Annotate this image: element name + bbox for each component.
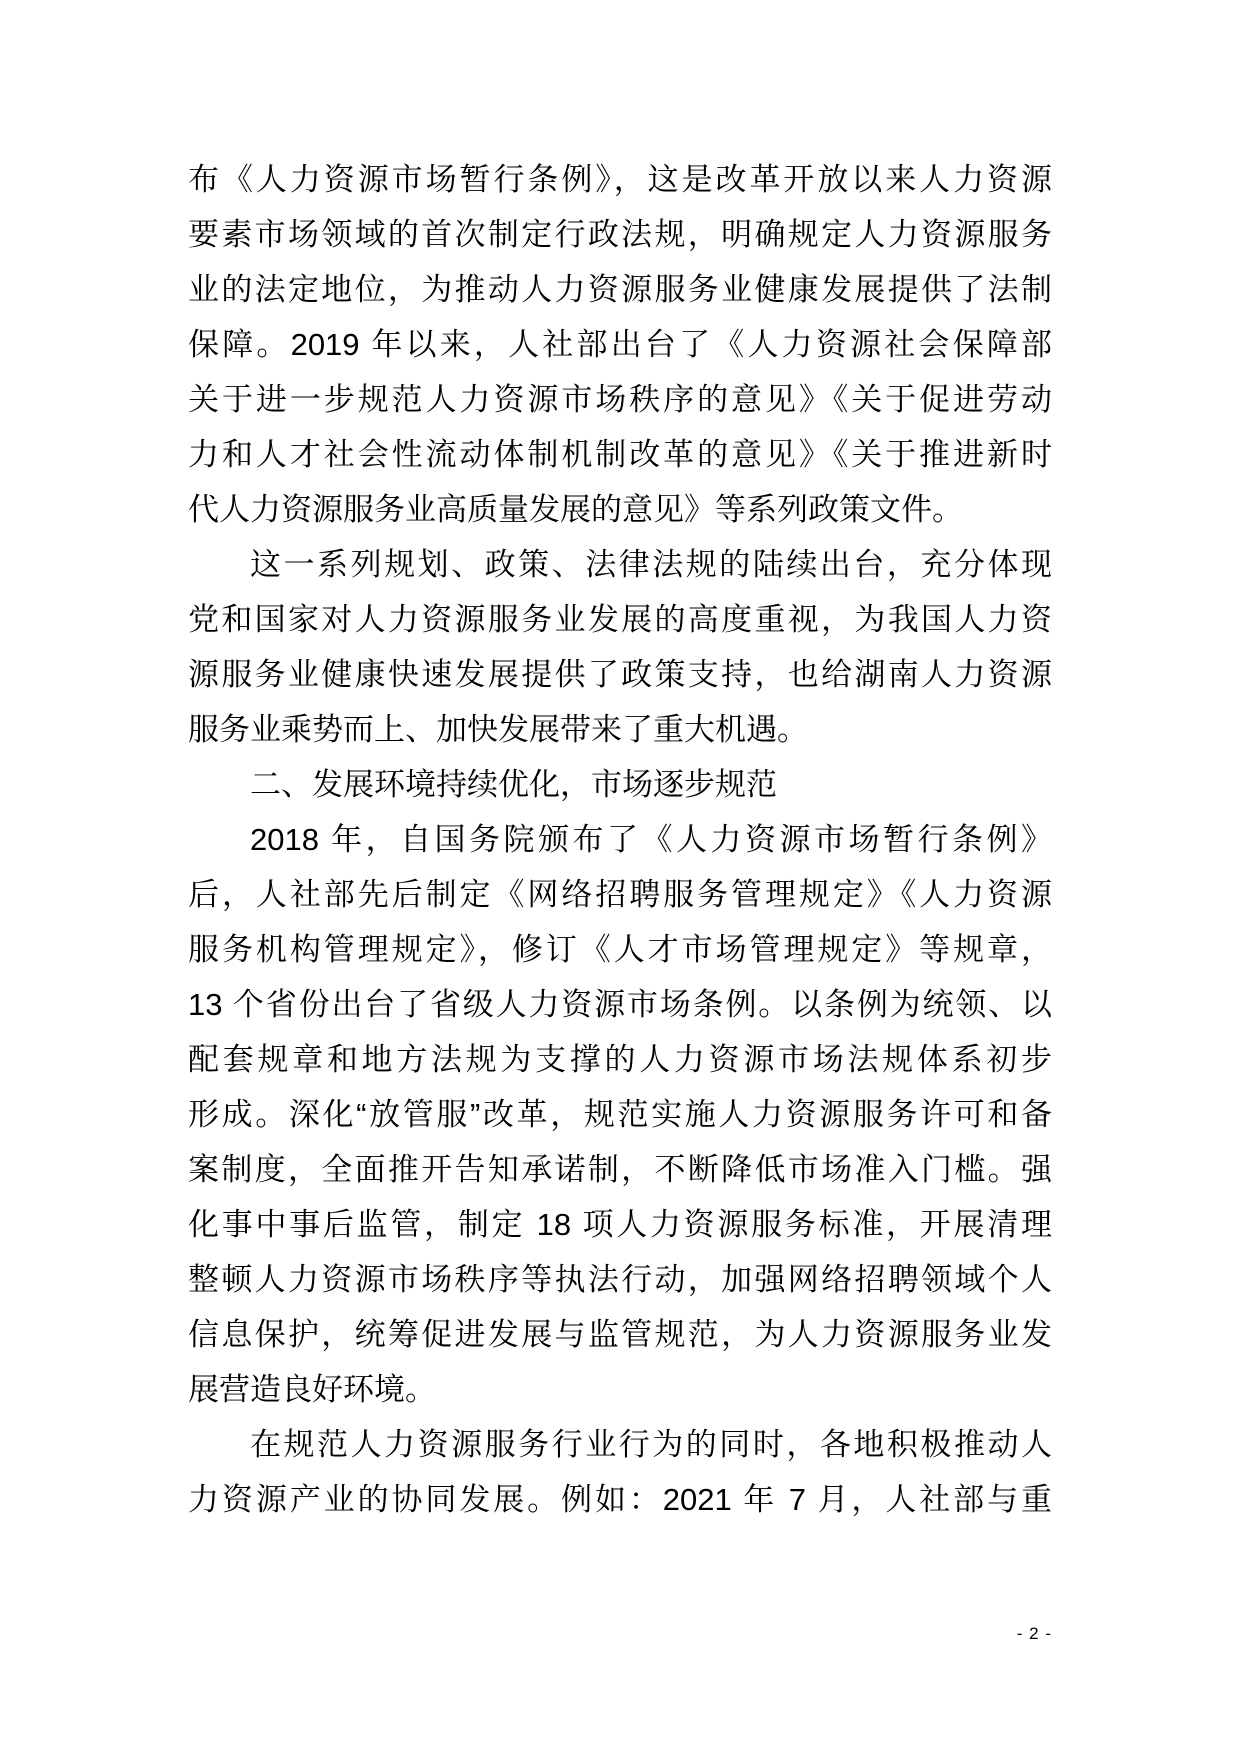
body-text-line: 整顿人力资源市场秩序等执法行动，加强网络招聘领域个人 <box>188 1252 1052 1307</box>
body-text-line: 布《人力资源市场暂行条例》，这是改革开放以来人力资源 <box>188 152 1052 207</box>
body-text-line: 信息保护，统筹促进发展与监管规范，为人力资源服务业发 <box>188 1307 1052 1362</box>
body-text-line: 案制度，全面推开告知承诺制，不断降低市场准入门槛。强 <box>188 1142 1052 1197</box>
body-text-line: 保障。2019 年以来，人社部出台了《人力资源社会保障部 <box>188 317 1052 372</box>
page-footer: - 2 - <box>188 1624 1052 1644</box>
body-text-line: 化事中事后监管，制定 18 项人力资源服务标准，开展清理 <box>188 1197 1052 1252</box>
body-text-line: 力资源产业的协同发展。例如：2021 年 7 月，人社部与重 <box>188 1472 1052 1527</box>
body-text-line: 这一系列规划、政策、法律法规的陆续出台，充分体现 <box>188 537 1052 592</box>
body-text-line: 服务业乘势而上、加快发展带来了重大机遇。 <box>188 702 1052 757</box>
body-text-line: 代人力资源服务业高质量发展的意见》等系列政策文件。 <box>188 482 1052 537</box>
body-text-line: 关于进一步规范人力资源市场秩序的意见》《关于促进劳动 <box>188 372 1052 427</box>
document-page: 布《人力资源市场暂行条例》，这是改革开放以来人力资源要素市场领域的首次制定行政法… <box>0 0 1240 1753</box>
body-text-line: 力和人才社会性流动体制机制改革的意见》《关于推进新时 <box>188 427 1052 482</box>
page-number: - 2 - <box>1017 1624 1052 1643</box>
body-text-line: 要素市场领域的首次制定行政法规，明确规定人力资源服务 <box>188 207 1052 262</box>
body-text-line: 展营造良好环境。 <box>188 1362 1052 1417</box>
document-body: 布《人力资源市场暂行条例》，这是改革开放以来人力资源要素市场领域的首次制定行政法… <box>188 152 1052 1527</box>
body-text-line: 后，人社部先后制定《网络招聘服务管理规定》《人力资源 <box>188 867 1052 922</box>
body-text-line: 2018 年，自国务院颁布了《人力资源市场暂行条例》 <box>188 812 1052 867</box>
body-text-line: 服务机构管理规定》，修订《人才市场管理规定》等规章， <box>188 922 1052 977</box>
section-heading: 二、发展环境持续优化，市场逐步规范 <box>188 757 1052 812</box>
body-text-line: 在规范人力资源服务行业行为的同时，各地积极推动人 <box>188 1417 1052 1472</box>
body-text-line: 业的法定地位，为推动人力资源服务业健康发展提供了法制 <box>188 262 1052 317</box>
body-text-line: 13 个省份出台了省级人力资源市场条例。以条例为统领、以 <box>188 977 1052 1032</box>
body-text-line: 源服务业健康快速发展提供了政策支持，也给湖南人力资源 <box>188 647 1052 702</box>
body-text-line: 形成。深化“放管服”改革，规范实施人力资源服务许可和备 <box>188 1087 1052 1142</box>
body-text-line: 配套规章和地方法规为支撑的人力资源市场法规体系初步 <box>188 1032 1052 1087</box>
body-text-line: 党和国家对人力资源服务业发展的高度重视，为我国人力资 <box>188 592 1052 647</box>
